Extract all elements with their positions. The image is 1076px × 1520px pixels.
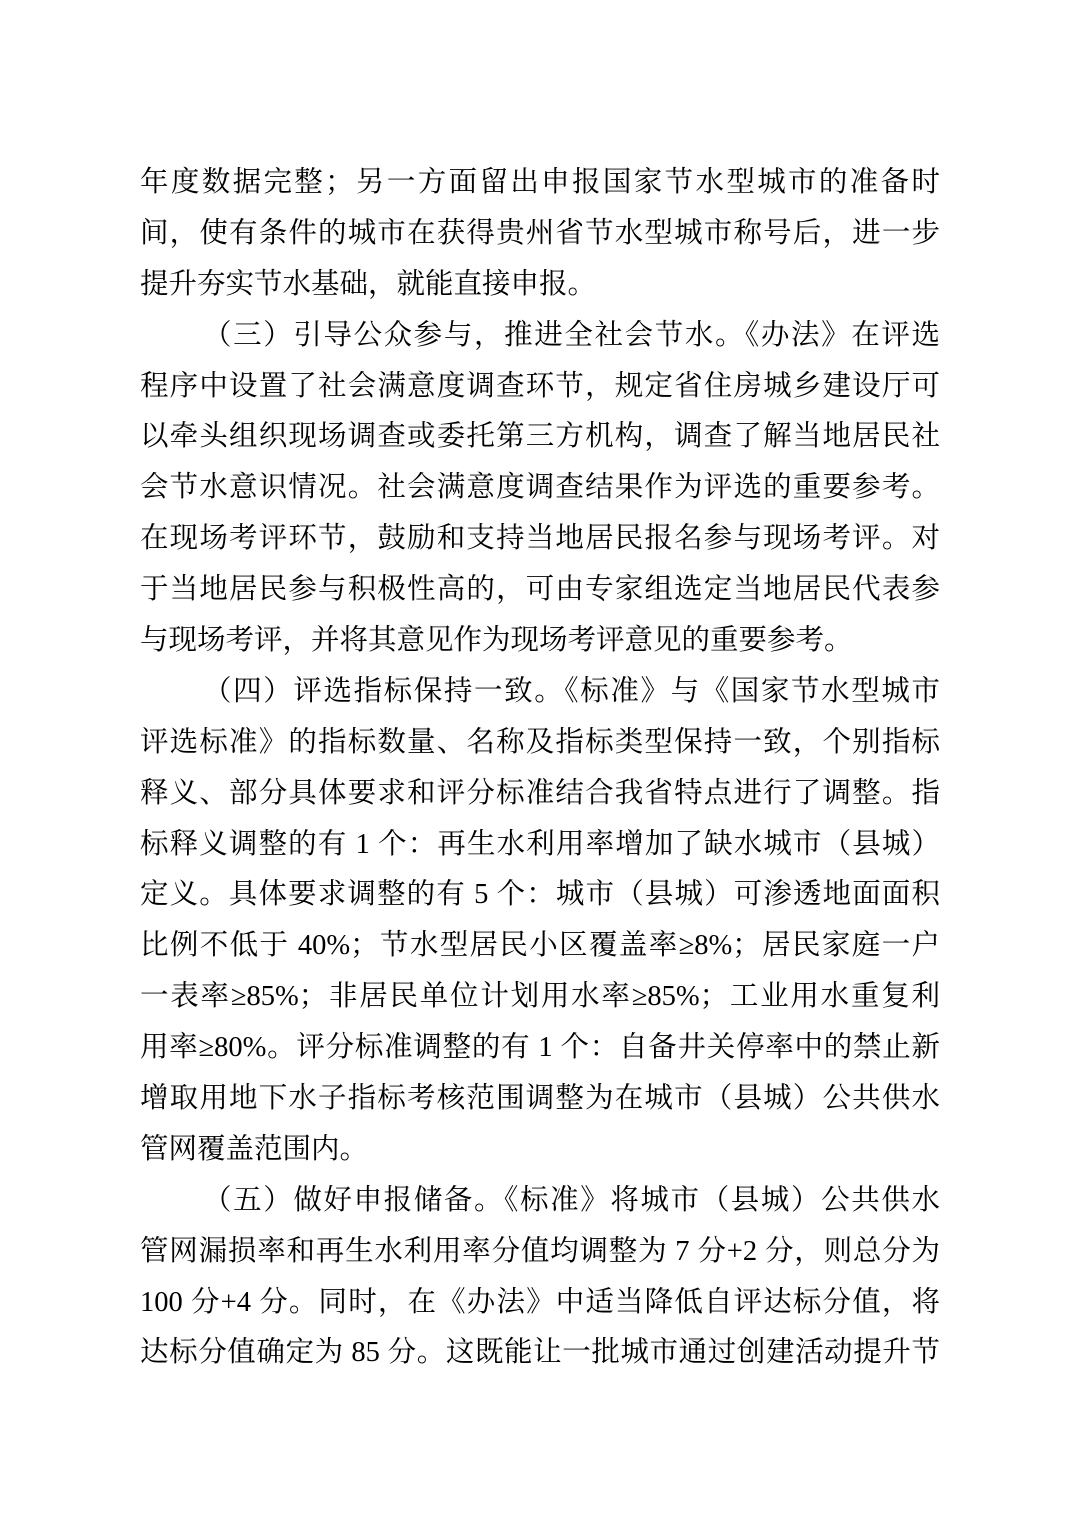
document-body-text: 年度数据完整；另一方面留出申报国家节水型城市的准备时间，使有条件的城市在获得贵州… bbox=[140, 158, 940, 1379]
text-line: 程序中设置了社会满意度调查环节，规定省住房城乡建设厅可 bbox=[140, 362, 940, 413]
text-line: 与现场考评，并将其意见作为现场考评意见的重要参考。 bbox=[140, 616, 940, 667]
paragraph: （三）引导公众参与，推进全社会节水。《办法》在评选程序中设置了社会满意度调查环节… bbox=[140, 311, 940, 667]
text-line: 释义、部分具体要求和评分标准结合我省特点进行了调整。指 bbox=[140, 769, 940, 820]
text-line: 年度数据完整；另一方面留出申报国家节水型城市的准备时 bbox=[140, 158, 940, 209]
text-line: 提升夯实节水基础，就能直接申报。 bbox=[140, 260, 940, 311]
text-line: 于当地居民参与积极性高的，可由专家组选定当地居民代表参 bbox=[140, 565, 940, 616]
text-line: 一表率≥85%；非居民单位计划用水率≥85%；工业用水重复利 bbox=[140, 972, 940, 1023]
text-line: （三）引导公众参与，推进全社会节水。《办法》在评选 bbox=[140, 311, 940, 362]
text-line: 以牵头组织现场调查或委托第三方机构，调查了解当地居民社 bbox=[140, 412, 940, 463]
paragraph: 年度数据完整；另一方面留出申报国家节水型城市的准备时间，使有条件的城市在获得贵州… bbox=[140, 158, 940, 311]
text-line: （五）做好申报储备。《标准》将城市（县城）公共供水 bbox=[140, 1176, 940, 1227]
text-line: 用率≥80%。评分标准调整的有 1 个：自备井关停率中的禁止新 bbox=[140, 1023, 940, 1074]
text-line: 管网覆盖范围内。 bbox=[140, 1125, 940, 1176]
paragraph: （四）评选指标保持一致。《标准》与《国家节水型城市评选标准》的指标数量、名称及指… bbox=[140, 667, 940, 1176]
text-line: 管网漏损率和再生水利用率分值均调整为 7 分+2 分，则总分为 bbox=[140, 1227, 940, 1278]
text-line: 间，使有条件的城市在获得贵州省节水型城市称号后，进一步 bbox=[140, 209, 940, 260]
text-line: 达标分值确定为 85 分。这既能让一批城市通过创建活动提升节 bbox=[140, 1328, 940, 1379]
text-line: 比例不低于 40%；节水型居民小区覆盖率≥8%；居民家庭一户 bbox=[140, 921, 940, 972]
text-line: 100 分+4 分。同时，在《办法》中适当降低自评达标分值，将 bbox=[140, 1278, 940, 1329]
text-line: 增取用地下水子指标考核范围调整为在城市（县城）公共供水 bbox=[140, 1074, 940, 1125]
text-line: 在现场考评环节，鼓励和支持当地居民报名参与现场考评。对 bbox=[140, 514, 940, 565]
text-line: 会节水意识情况。社会满意度调查结果作为评选的重要参考。 bbox=[140, 463, 940, 514]
text-line: 评选标准》的指标数量、名称及指标类型保持一致，个别指标 bbox=[140, 718, 940, 769]
paragraph: （五）做好申报储备。《标准》将城市（县城）公共供水管网漏损率和再生水利用率分值均… bbox=[140, 1176, 940, 1380]
document-page: 年度数据完整；另一方面留出申报国家节水型城市的准备时间，使有条件的城市在获得贵州… bbox=[0, 0, 1076, 1520]
text-line: （四）评选指标保持一致。《标准》与《国家节水型城市 bbox=[140, 667, 940, 718]
text-line: 标释义调整的有 1 个：再生水利用率增加了缺水城市（县城） bbox=[140, 820, 940, 871]
text-line: 定义。具体要求调整的有 5 个：城市（县城）可渗透地面面积 bbox=[140, 870, 940, 921]
